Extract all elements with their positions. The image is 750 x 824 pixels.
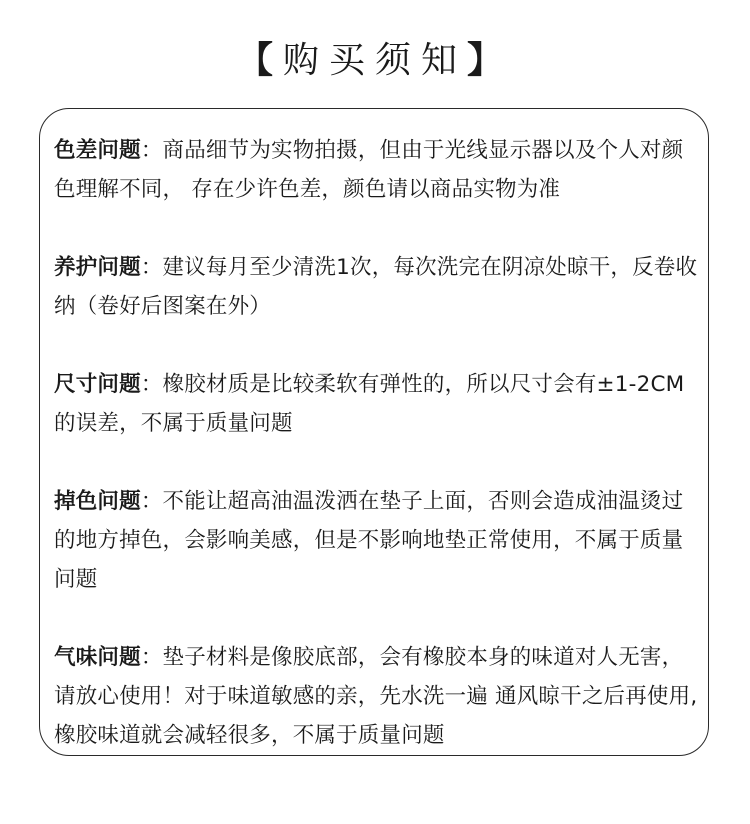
section-colon: ：	[141, 489, 163, 514]
section-heading: 尺寸问题	[54, 372, 141, 397]
section-fading: 掉色问题：不能让超高油温泼洒在垫子上面，否则会造成油温烫过的地方掉色，会影响美感…	[54, 482, 698, 599]
section-odor: 气味问题：垫子材料是像胶底部，会有橡胶本身的味道对人无害，请放心使用！对于味道敏…	[54, 638, 698, 755]
open-bracket: 【	[237, 40, 283, 81]
title-text: 购买须知	[283, 40, 467, 81]
section-color-difference: 色差问题：商品细节为实物拍摄，但由于光线显示器以及个人对颜色理解不同， 存在少许…	[54, 131, 698, 209]
section-heading: 气味问题	[54, 645, 141, 670]
section-colon: ：	[141, 372, 163, 397]
section-heading: 色差问题	[54, 138, 141, 163]
section-heading: 养护问题	[54, 255, 141, 280]
section-colon: ：	[141, 255, 163, 280]
close-bracket: 】	[467, 40, 513, 81]
page-title: 【购买须知】	[0, 32, 750, 83]
section-heading: 掉色问题	[54, 489, 141, 514]
notice-box: 色差问题：商品细节为实物拍摄，但由于光线显示器以及个人对颜色理解不同， 存在少许…	[39, 108, 709, 756]
section-colon: ：	[141, 645, 163, 670]
section-size: 尺寸问题：橡胶材质是比较柔软有弹性的，所以尺寸会有±1-2CM的误差，不属于质量…	[54, 365, 698, 443]
section-maintenance: 养护问题：建议每月至少清洗1次，每次洗完在阴凉处晾干，反卷收纳（卷好后图案在外）	[54, 248, 698, 326]
section-colon: ：	[141, 138, 163, 163]
